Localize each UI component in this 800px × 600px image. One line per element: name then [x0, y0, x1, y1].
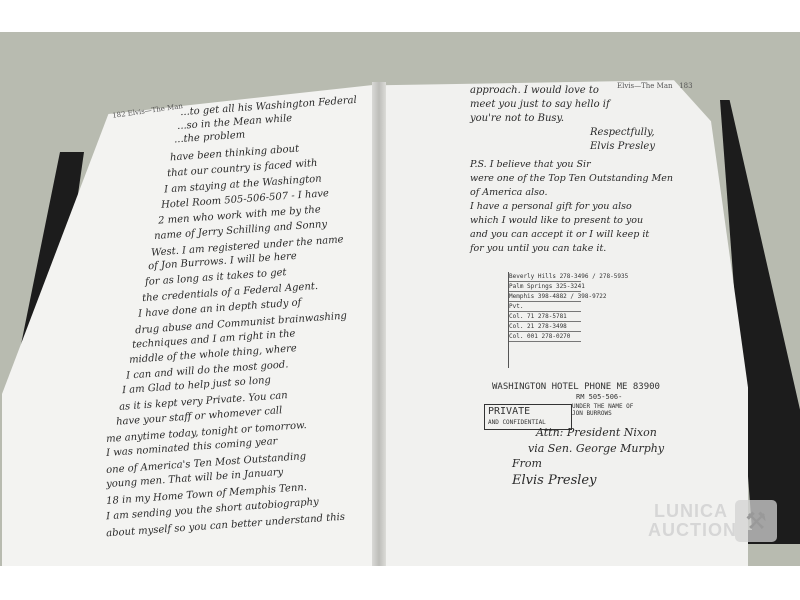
handwriting-line: P.S. I believe that you Sir — [470, 158, 591, 172]
phone-number-table: Beverly Hills 278-3496 / 278-5935Palm Sp… — [508, 272, 581, 368]
right-running-header: Elvis—The Man 183 — [617, 82, 693, 90]
handwriting-line: I have a personal gift for you also — [470, 200, 632, 214]
hotel-note: WASHINGTON HOTEL PHONE ME 83900 — [492, 382, 660, 392]
watermark-line-1: LUNICA — [648, 502, 737, 521]
watermark-line-2: AUCTION — [648, 521, 737, 540]
handwriting-line: Respectfully, — [590, 126, 655, 140]
watermark-text: LUNICA AUCTION — [648, 502, 737, 540]
phone-table-row: Beverly Hills 278-3496 / 278-5935 — [509, 272, 581, 282]
book-photo: ●●●●●●●●●●●●●● 182 Elvis—The Man ...to g… — [0, 32, 800, 566]
handwriting-line: you're not to Busy. — [470, 112, 564, 126]
address-line-2: via Sen. George Murphy — [528, 442, 664, 456]
private-label: PRIVATE — [488, 406, 568, 417]
page-number: 183 — [679, 82, 692, 90]
handwriting-line: meet you just to say hello if — [470, 98, 610, 112]
handwriting-line: of America also. — [470, 186, 547, 200]
phone-table-row: Col. 21 278-3498 — [509, 322, 581, 332]
handwriting-line: which I would like to present to you — [470, 214, 643, 228]
handwriting-line: were one of the Top Ten Outstanding Men — [470, 172, 673, 186]
running-header-title: Elvis—The Man — [617, 82, 673, 90]
closing: From — [512, 457, 542, 471]
phone-table-row: Col. 001 278-0270 — [509, 332, 581, 342]
phone-table-row: Memphis 398-4882 / 398-9722 — [509, 292, 581, 302]
phone-table-row: Palm Springs 325-3241 — [509, 282, 581, 292]
handwriting-line: for you until you can take it. — [470, 242, 606, 256]
alias-note: UNDER THE NAME OF JON BURROWS — [572, 403, 640, 417]
phone-table-row: Col. 71 278-5781 — [509, 312, 581, 322]
book-gutter — [372, 82, 386, 566]
handwriting-line: Elvis Presley — [590, 140, 655, 154]
handwriting-line: approach. I would love to — [470, 84, 599, 98]
room-note: RM 505-506- — [576, 393, 622, 401]
phone-table-row: Pvt. — [509, 302, 581, 312]
address-line-1: Attn: President Nixon — [536, 426, 657, 440]
gavel-icon: ⚒ — [735, 500, 777, 542]
signature: Elvis Presley — [512, 474, 596, 488]
handwriting-line: and you can accept it or I will keep it — [470, 228, 649, 242]
